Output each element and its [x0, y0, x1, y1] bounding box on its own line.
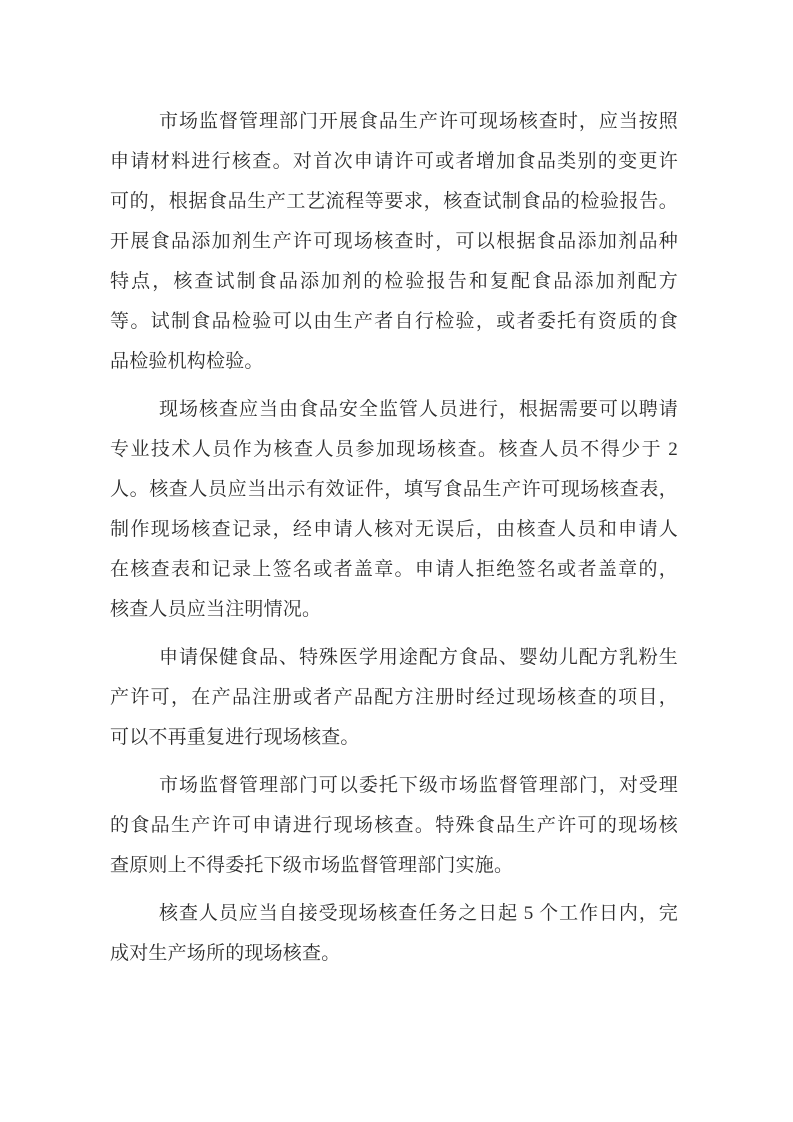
text-line: 的食品生产许可申请进行现场核查。特殊食品生产许可的现场核	[110, 806, 678, 846]
paragraph: 市场监督管理部门可以委托下级市场监督管理部门，对受理的食品生产许可申请进行现场核…	[110, 766, 678, 886]
text-line: 核查人员应当自接受现场核查任务之日起 5 个工作日内，完	[110, 894, 678, 934]
text-line: 市场监督管理部门开展食品生产许可现场核查时，应当按照	[110, 102, 678, 142]
text-line: 在核查表和记录上签名或者盖章。申请人拒绝签名或者盖章的，	[110, 550, 678, 590]
text-line: 等。试制食品检验可以由生产者自行检验，或者委托有资质的食	[110, 302, 678, 342]
text-line: 特点，核查试制食品添加剂的检验报告和复配食品添加剂配方	[110, 262, 678, 302]
text-line: 可以不再重复进行现场核查。	[110, 718, 678, 758]
text-line: 产许可，在产品注册或者产品配方注册时经过现场核查的项目，	[110, 678, 678, 718]
text-line: 现场核查应当由食品安全监管人员进行，根据需要可以聘请	[110, 390, 678, 430]
paragraph: 现场核查应当由食品安全监管人员进行，根据需要可以聘请专业技术人员作为核查人员参加…	[110, 390, 678, 630]
text-line: 人。核查人员应当出示有效证件，填写食品生产许可现场核查表，	[110, 470, 678, 510]
paragraph: 申请保健食品、特殊医学用途配方食品、婴幼儿配方乳粉生产许可，在产品注册或者产品配…	[110, 638, 678, 758]
text-line: 品检验机构检验。	[110, 342, 678, 382]
text-line: 专业技术人员作为核查人员参加现场核查。核查人员不得少于 2	[110, 430, 678, 470]
paragraph: 市场监督管理部门开展食品生产许可现场核查时，应当按照申请材料进行核查。对首次申请…	[110, 102, 678, 382]
text-line: 查原则上不得委托下级市场监督管理部门实施。	[110, 846, 678, 886]
document-text-block: 市场监督管理部门开展食品生产许可现场核查时，应当按照申请材料进行核查。对首次申请…	[110, 102, 678, 974]
text-line: 制作现场核查记录，经申请人核对无误后，由核查人员和申请人	[110, 510, 678, 550]
text-line: 开展食品添加剂生产许可现场核查时，可以根据食品添加剂品种	[110, 222, 678, 262]
document-page: 市场监督管理部门开展食品生产许可现场核查时，应当按照申请材料进行核查。对首次申请…	[0, 0, 793, 1122]
text-line: 申请材料进行核查。对首次申请许可或者增加食品类别的变更许	[110, 142, 678, 182]
text-line: 成对生产场所的现场核查。	[110, 934, 678, 974]
text-line: 申请保健食品、特殊医学用途配方食品、婴幼儿配方乳粉生	[110, 638, 678, 678]
text-line: 核查人员应当注明情况。	[110, 590, 678, 630]
text-line: 市场监督管理部门可以委托下级市场监督管理部门，对受理	[110, 766, 678, 806]
paragraph: 核查人员应当自接受现场核查任务之日起 5 个工作日内，完成对生产场所的现场核查。	[110, 894, 678, 974]
text-line: 可的，根据食品生产工艺流程等要求，核查试制食品的检验报告。	[110, 182, 678, 222]
